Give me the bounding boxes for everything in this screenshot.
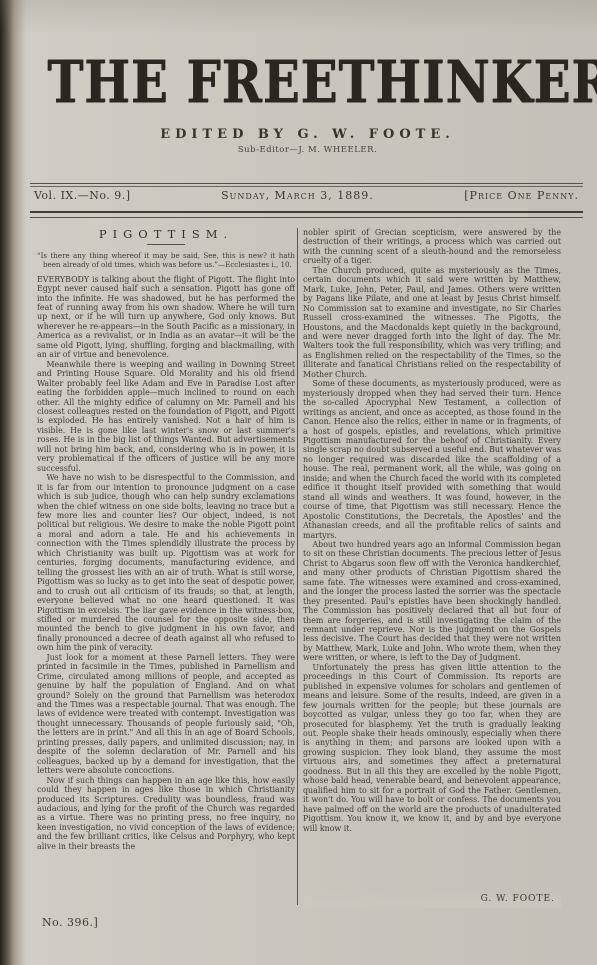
paragraph: Now if such things can happen in an age …: [37, 776, 295, 852]
issue-date: Sunday, March 3, 1889.: [221, 189, 374, 202]
left-column: PIGOTTISM. “Is there any thing whereof i…: [37, 228, 295, 908]
page-top-shadow: [0, 0, 597, 34]
paragraph: Meanwhile there is weeping and wailing i…: [37, 360, 295, 473]
sub-editor-line: Sub-Editor—J. M. WHEELER.: [26, 145, 589, 155]
paragraph: The Church produced, quite as mysterious…: [303, 266, 561, 379]
paragraph: EVERYBODY is talking about the flight of…: [37, 275, 295, 360]
book-binding-edge: [0, 0, 26, 965]
issue-number-footer: No. 396.]: [42, 916, 98, 929]
article-title: PIGOTTISM.: [37, 230, 295, 239]
dateline: Vol. IX.—No. 9.] Sunday, March 3, 1889. …: [34, 189, 579, 202]
right-column: nobler spirit of Grecian scepticism, wer…: [303, 228, 561, 908]
masthead: THE FREETHINKER EDITED BY G. W. FOOTE. S…: [26, 52, 589, 155]
paper-title: THE FREETHINKER: [47, 48, 597, 116]
rule-below-dateline: [30, 211, 583, 218]
paragraph: We have no wish to be disrespectful to t…: [37, 473, 295, 653]
paragraph: About two hundred years ago an informal …: [303, 540, 561, 663]
title-divider-rule: [147, 244, 185, 245]
paragraph: Just look for a moment at these Parnell …: [37, 653, 295, 776]
column-divider-rule: [297, 228, 298, 905]
paragraph: nobler spirit of Grecian scepticism, wer…: [303, 228, 561, 266]
author-signature: G. W. FOOTE.: [481, 895, 555, 904]
newspaper-page: THE FREETHINKER EDITED BY G. W. FOOTE. S…: [0, 0, 597, 965]
paragraph: Some of these documents, as mysteriously…: [303, 379, 561, 540]
rule-above-dateline: [30, 183, 583, 187]
edited-by-line: EDITED BY G. W. FOOTE.: [26, 127, 589, 142]
price-label: [Price One Penny.: [464, 189, 579, 202]
volume-number: Vol. IX.—No. 9.]: [34, 189, 131, 202]
epigraph: “Is there any thing whereof it may be sa…: [37, 252, 295, 269]
paragraph: Unfortunately the press has given little…: [303, 663, 561, 833]
